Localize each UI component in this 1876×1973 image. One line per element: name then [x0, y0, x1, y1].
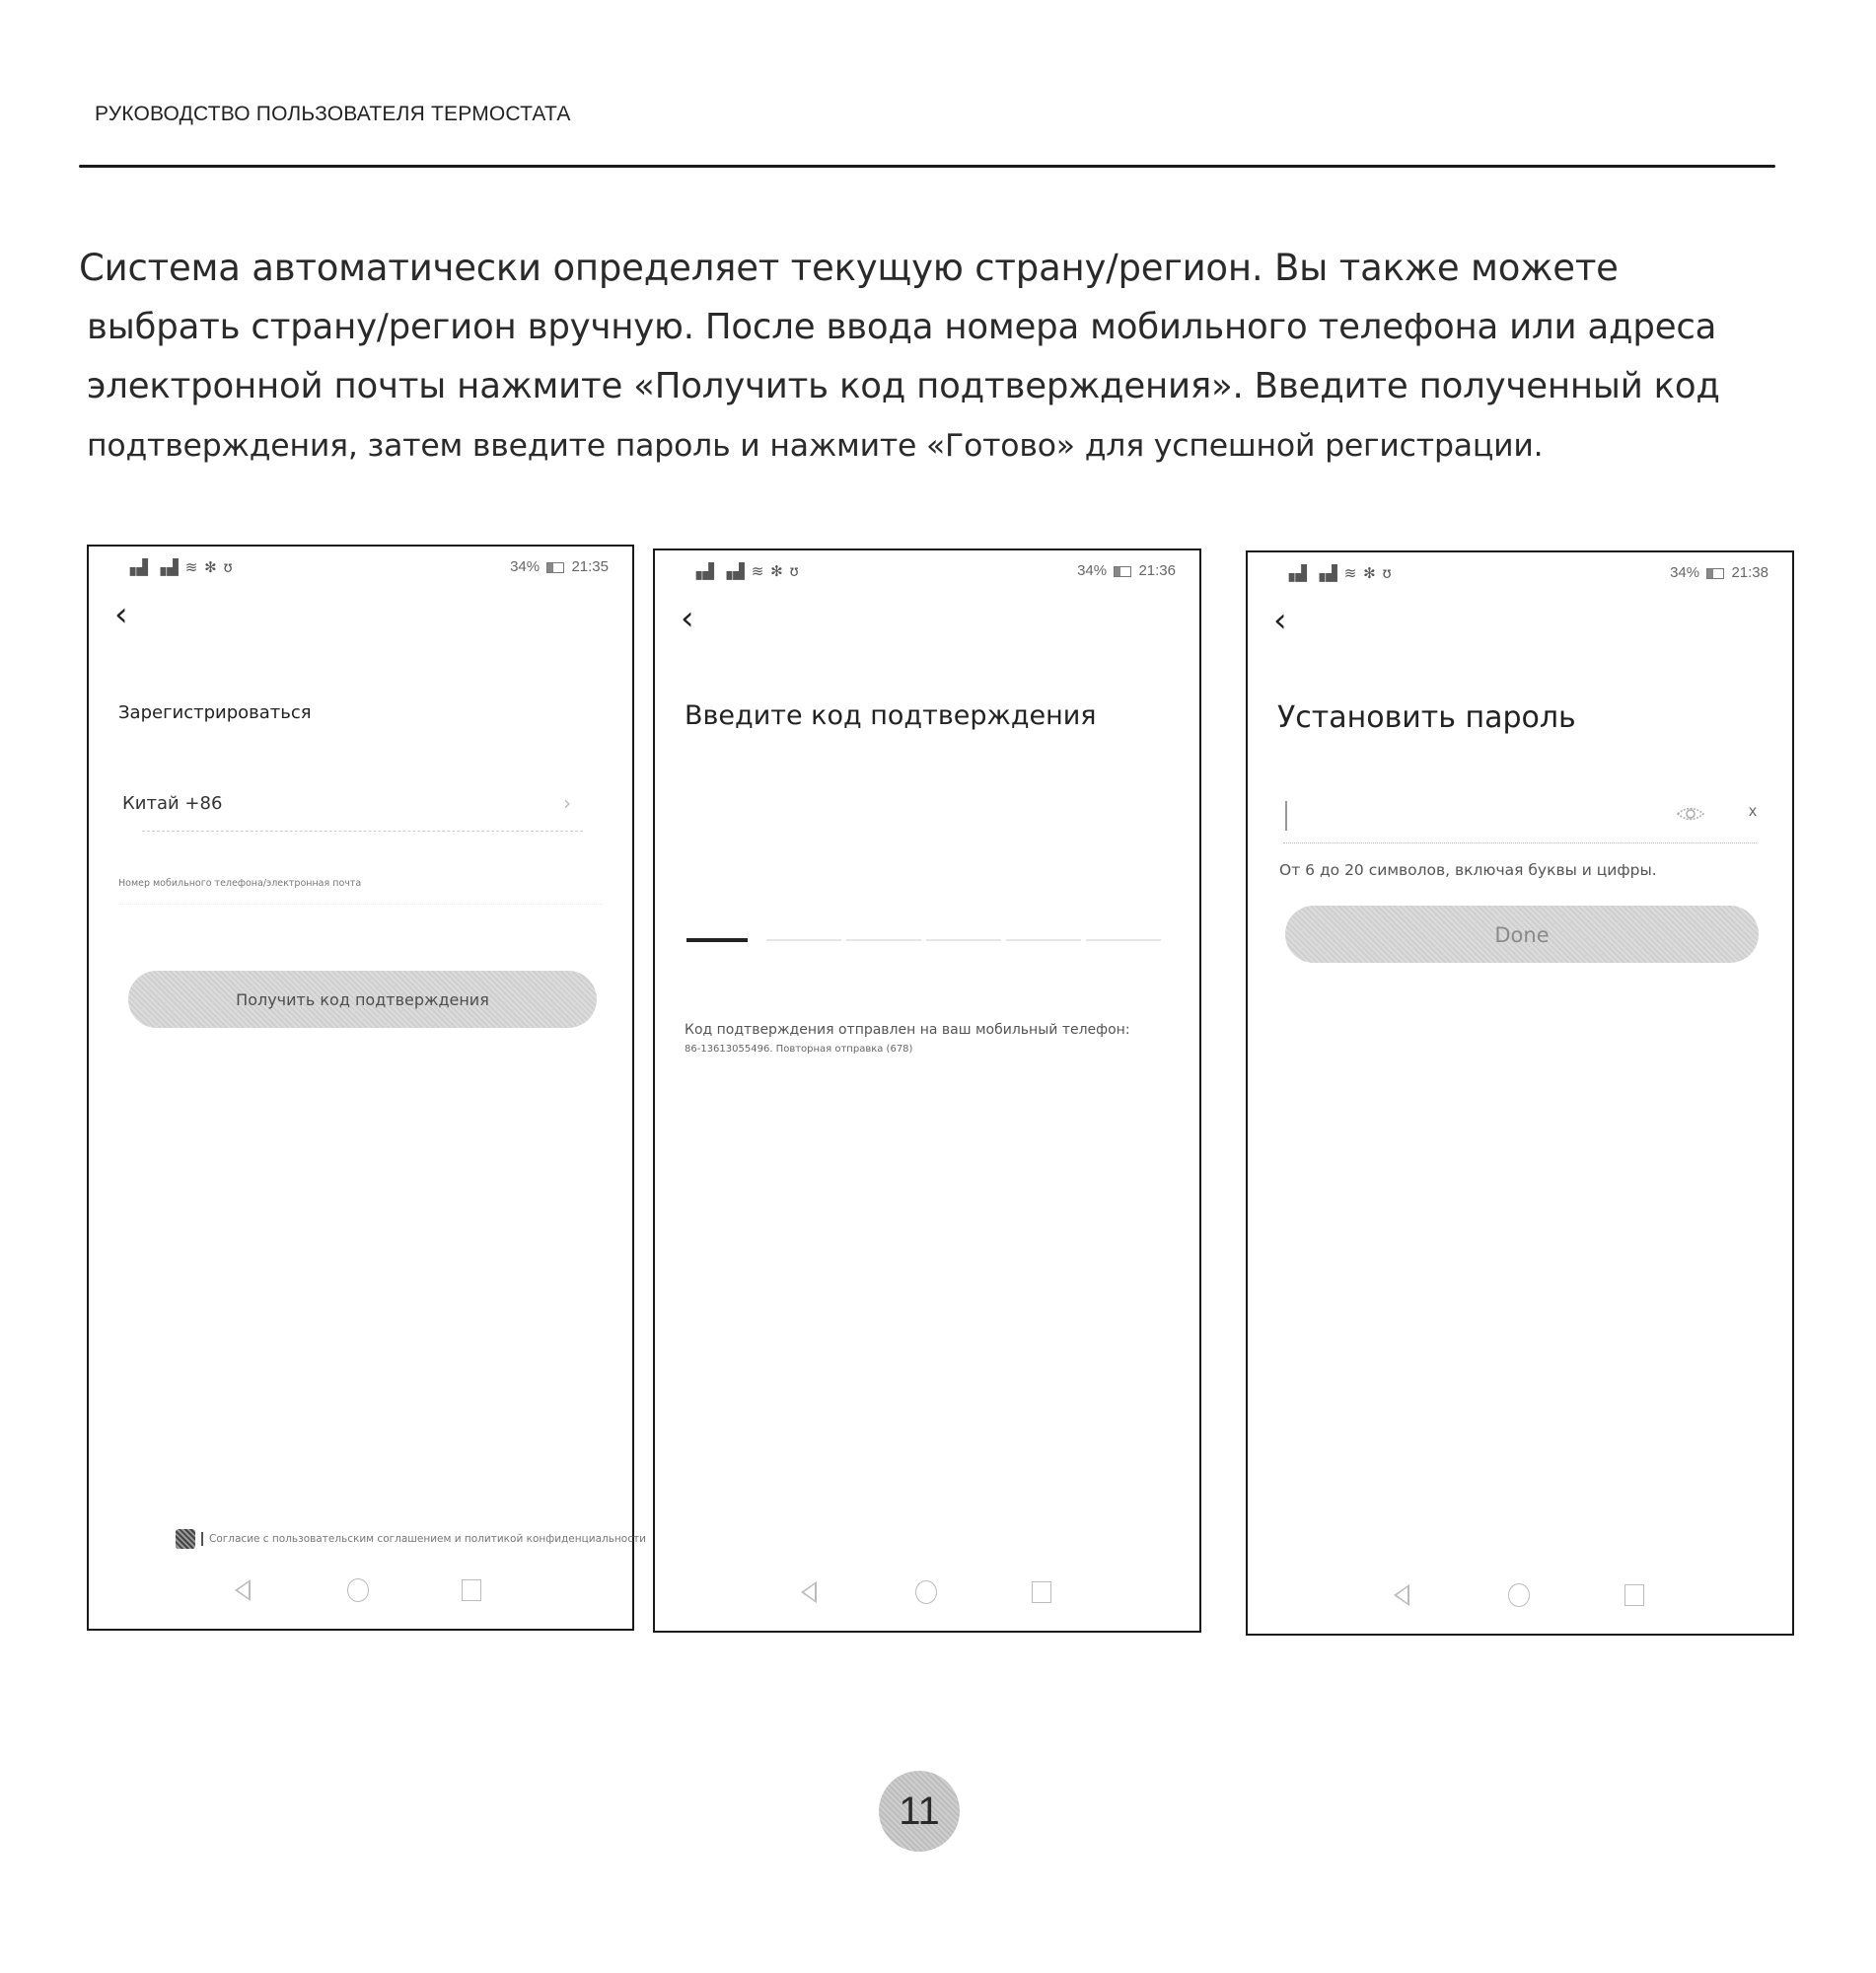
chevron-left-icon[interactable]: ‹ [1273, 604, 1287, 637]
android-nav-bar [655, 1575, 1199, 1615]
intro-paragraph: Система автоматически определяет текущую… [79, 239, 1815, 475]
intro-line: Система автоматически определяет текущую… [79, 239, 1815, 298]
battery-percent: 34% [1670, 564, 1699, 581]
wifi-icon: ≋ [185, 558, 199, 576]
code-digit-slot[interactable] [1006, 939, 1081, 941]
screen-title: Введите код подтверждения [685, 700, 1097, 731]
country-selector[interactable]: Китай +86 [122, 793, 222, 814]
bluetooth-icon: ✻ [204, 558, 218, 576]
status-icons-left: ▗▟ ▗▟ ≋ ✻ ʊ [690, 562, 800, 580]
clock: 21:36 [1138, 562, 1176, 579]
signal-icon: ▗▟ [1314, 564, 1338, 582]
status-icons-left: ▗▟ ▗▟ ≋ ✻ ʊ [1283, 564, 1393, 582]
wifi-icon: ≋ [1344, 564, 1358, 582]
chevron-right-icon[interactable]: › [563, 791, 571, 815]
input-underline [1283, 842, 1757, 843]
nav-back-icon[interactable] [801, 1581, 817, 1603]
battery-percent: 34% [1077, 562, 1107, 579]
code-digit-slot[interactable] [1086, 939, 1161, 941]
code-digit-slot[interactable] [926, 939, 1001, 941]
code-digit-slot[interactable] [766, 939, 841, 941]
phone-email-input[interactable]: Номер мобильного телефона/электронная по… [118, 878, 361, 889]
intro-line: электронной почты нажмите «Получить код … [79, 357, 1815, 416]
resend-message[interactable]: 86-13613055496. Повторная отправка (678) [685, 1044, 912, 1055]
screenshot-set-password: ▗▟ ▗▟ ≋ ✻ ʊ 34% 21:38 ‹ Установить парол… [1246, 550, 1794, 1636]
battery-icon [1114, 566, 1131, 577]
nav-back-icon[interactable] [235, 1579, 251, 1601]
status-bar: ▗▟ ▗▟ ≋ ✻ ʊ 34% 21:38 [1283, 564, 1768, 588]
bluetooth-icon: ✻ [770, 562, 784, 580]
android-nav-bar [1248, 1578, 1792, 1618]
status-icons-right: 34% 21:35 [510, 558, 609, 575]
intro-line: подтверждения, затем введите пароль и на… [79, 416, 1815, 475]
input-underline [142, 831, 583, 832]
status-icons-right: 34% 21:36 [1077, 562, 1176, 579]
signal-icon: ▗▟ [124, 558, 149, 576]
clear-icon[interactable]: x [1749, 803, 1757, 821]
status-bar: ▗▟ ▗▟ ≋ ✻ ʊ 34% 21:36 [690, 562, 1176, 586]
nav-recents-icon[interactable] [462, 1579, 481, 1601]
signal-icon: ▗▟ [1283, 564, 1308, 582]
battery-percent: 34% [510, 558, 540, 575]
clock: 21:38 [1731, 564, 1768, 581]
battery-icon [1706, 568, 1724, 579]
password-hint: От 6 до 20 символов, включая буквы и циф… [1279, 861, 1657, 879]
usb-icon: ʊ [223, 558, 233, 576]
nav-home-icon[interactable] [915, 1580, 937, 1604]
usb-icon: ʊ [789, 562, 799, 580]
signal-icon: ▗▟ [721, 562, 746, 580]
nav-back-icon[interactable] [1394, 1584, 1409, 1606]
done-button[interactable]: Done [1285, 906, 1759, 963]
eye-icon[interactable] [1676, 805, 1705, 823]
chevron-left-icon[interactable]: ‹ [681, 602, 694, 635]
code-sent-message: Код подтверждения отправлен на ваш мобил… [685, 1022, 1130, 1038]
code-digit-slot[interactable] [846, 939, 921, 941]
running-header: РУКОВОДСТВО ПОЛЬЗОВАТЕЛЯ ТЕРМОСТАТА [95, 103, 571, 126]
status-icons-right: 34% 21:38 [1670, 564, 1768, 581]
screen-title: Зарегистрироваться [118, 702, 312, 723]
chevron-left-icon[interactable]: ‹ [114, 598, 128, 631]
nav-recents-icon[interactable] [1624, 1584, 1644, 1606]
intro-line: выбрать страну/регион вручную. После вво… [79, 298, 1815, 357]
checkbox-icon[interactable] [176, 1529, 195, 1549]
usb-icon: ʊ [1382, 564, 1392, 582]
bluetooth-icon: ✻ [1363, 564, 1377, 582]
screen-title: Установить пароль [1277, 700, 1576, 735]
password-input[interactable] [1285, 801, 1287, 831]
status-icons-left: ▗▟ ▗▟ ≋ ✻ ʊ [124, 558, 234, 576]
wifi-icon: ≋ [752, 562, 765, 580]
header-divider [79, 165, 1775, 168]
agreement-text[interactable]: Согласие с пользовательским соглашением … [209, 1533, 646, 1545]
agreement-row: Согласие с пользовательским соглашением … [176, 1529, 646, 1549]
page-number: 11 [879, 1771, 960, 1852]
clock: 21:35 [571, 558, 609, 575]
get-code-button[interactable]: Получить код подтверждения [128, 971, 597, 1028]
separator [201, 1532, 203, 1546]
android-nav-bar [89, 1573, 632, 1613]
nav-recents-icon[interactable] [1032, 1581, 1051, 1603]
signal-icon: ▗▟ [690, 562, 715, 580]
screenshot-verification-code: ▗▟ ▗▟ ≋ ✻ ʊ 34% 21:36 ‹ Введите код подт… [653, 548, 1201, 1633]
status-bar: ▗▟ ▗▟ ≋ ✻ ʊ 34% 21:35 [124, 558, 609, 582]
signal-icon: ▗▟ [155, 558, 180, 576]
nav-home-icon[interactable] [1508, 1583, 1530, 1607]
nav-home-icon[interactable] [347, 1578, 369, 1602]
input-underline [118, 904, 603, 905]
screenshot-register: ▗▟ ▗▟ ≋ ✻ ʊ 34% 21:35 ‹ Зарегистрировать… [87, 545, 634, 1631]
battery-icon [546, 562, 564, 573]
code-digit-slot[interactable] [686, 938, 748, 942]
